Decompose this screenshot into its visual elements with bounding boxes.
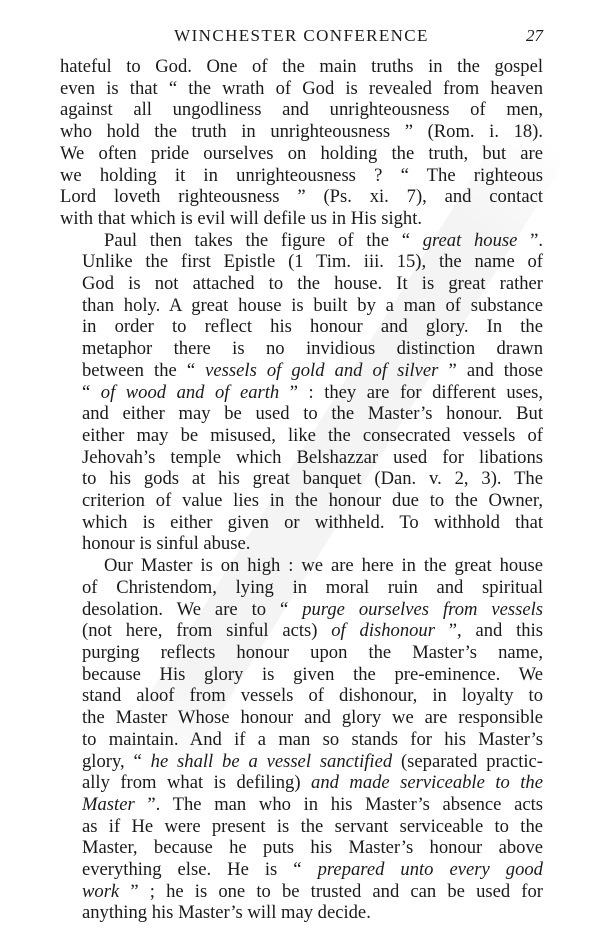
text-line: we holding it in unrighteousness ? “ The… (60, 165, 543, 187)
text-run: Lord loveth righteousness ” (Ps. xi. 7),… (60, 186, 543, 207)
text-line: stand aloof from vessels of dishonour, i… (60, 685, 543, 707)
page-header: WINCHESTER CONFERENCE 27 (60, 24, 543, 48)
italic-quote: work (82, 881, 119, 902)
text-run: to his gods at his great banquet (Dan. v… (82, 468, 543, 489)
italic-quote: vessels of gold and of silver (205, 360, 438, 381)
text-line: than holy. A great house is built by a m… (60, 295, 543, 317)
text-line: either may be misused, like the consecra… (60, 425, 543, 447)
text-line: Lord loveth righteousness ” (Ps. xi. 7),… (60, 186, 543, 208)
text-line: which is either given or withheld. To wi… (60, 512, 543, 534)
text-run: anything his Master’s will may decide. (82, 902, 371, 923)
italic-quote: great house (423, 230, 518, 251)
text-line: purging reflects honour upon the Master’… (60, 642, 543, 664)
text-run: glory, “ (82, 751, 151, 772)
text-line: Unlike the first Epistle (1 Tim. iii. 15… (60, 251, 543, 273)
paragraph: hateful to God. One of the main truths i… (60, 56, 543, 230)
text-line: to maintain. And if a man so stands for … (60, 729, 543, 751)
text-run: who hold the truth in unrighteousness ” … (60, 121, 543, 142)
text-run: either may be misused, like the consecra… (82, 425, 543, 446)
text-line: honour is sinful abuse. (60, 533, 543, 555)
text-run: ”. (517, 230, 543, 251)
text-line: “ of wood and of earth ” : they are for … (60, 382, 543, 404)
text-run: “ (82, 382, 101, 403)
text-line: between the “ vessels of gold and of sil… (60, 360, 543, 382)
text-line: God is not attached to the house. It is … (60, 273, 543, 295)
text-line: as if He were present is the servant ser… (60, 816, 543, 838)
text-line: desolation. We are to “ purge ourselves … (60, 599, 543, 621)
text-run: Unlike the first Epistle (1 Tim. iii. 15… (82, 251, 543, 272)
text-line: everything else. He is “ prepared unto e… (60, 859, 543, 881)
text-run: criterion of value lies in the honour du… (82, 490, 543, 511)
text-run: because His glory is given the pre-emine… (82, 664, 543, 685)
text-line: glory, “ he shall be a vessel sanctified… (60, 751, 543, 773)
body-text: hateful to God. One of the main truths i… (60, 56, 543, 924)
text-run: Master, because he puts his Master’s hon… (82, 837, 543, 858)
text-run: which is either given or withheld. To wi… (82, 512, 543, 533)
text-line: metaphor there is no invidious distincti… (60, 338, 543, 360)
text-run: ally from what is defiling) (82, 772, 311, 793)
text-run: hateful to God. One of the main truths i… (60, 56, 543, 77)
text-run: metaphor there is no invidious distincti… (82, 338, 543, 359)
italic-quote: of dishonour (331, 620, 435, 641)
text-run: Our Master is on high : we are here in t… (104, 555, 543, 576)
text-line: the Master Whose honour and glory we are… (60, 707, 543, 729)
text-run: Jehovah’s temple which Belshazzar used f… (82, 447, 543, 468)
text-run: stand aloof from vessels of dishonour, i… (82, 685, 543, 706)
text-line: Master, because he puts his Master’s hon… (60, 837, 543, 859)
running-title: WINCHESTER CONFERENCE (60, 26, 543, 46)
text-run: as if He were present is the servant ser… (82, 816, 543, 837)
text-run: Paul then takes the figure of the “ (104, 230, 423, 251)
italic-quote: Master (82, 794, 135, 815)
italic-quote: purge ourselves from vessels (302, 599, 543, 620)
text-line: Master ”. The man who in his Master’s ab… (60, 794, 543, 816)
text-line: and either may be used to the Master’s h… (60, 403, 543, 425)
text-line: even is that “ the wrath of God is revea… (60, 78, 543, 100)
text-run: in order to reflect his honour and glory… (82, 316, 543, 337)
text-run: ” : they are for different uses, (279, 382, 543, 403)
text-run: with that which is evil will defile us i… (60, 208, 422, 229)
text-line: in order to reflect his honour and glory… (60, 316, 543, 338)
italic-quote: he shall be a vessel sanctified (151, 751, 392, 772)
text-line: against all ungodliness and unrighteousn… (60, 99, 543, 121)
text-run: than holy. A great house is built by a m… (82, 295, 543, 316)
text-line: who hold the truth in unrighteousness ” … (60, 121, 543, 143)
text-run: ”, and this (435, 620, 543, 641)
text-run: purging reflects honour upon the Master’… (82, 642, 543, 663)
text-line: (not here, from sinful acts) of dishonou… (60, 620, 543, 642)
paragraph: Our Master is on high : we are here in t… (60, 555, 543, 924)
text-run: the Master Whose honour and glory we are… (82, 707, 543, 728)
text-line: criterion of value lies in the honour du… (60, 490, 543, 512)
text-run: even is that “ the wrath of God is revea… (60, 78, 543, 99)
text-line: Paul then takes the figure of the “ grea… (60, 230, 543, 252)
text-line: with that which is evil will defile us i… (60, 208, 543, 230)
text-run: honour is sinful abuse. (82, 533, 250, 554)
italic-quote: of wood and of earth (101, 382, 279, 403)
text-run: between the “ (82, 360, 205, 381)
text-run: We often pride ourselves on holding the … (60, 143, 543, 164)
text-line: Jehovah’s temple which Belshazzar used f… (60, 447, 543, 469)
text-run: against all ungodliness and unrighteousn… (60, 99, 543, 120)
text-line: of Christendom, lying in moral ruin and … (60, 577, 543, 599)
text-run: desolation. We are to “ (82, 599, 302, 620)
text-run: ”. The man who in his Master’s absence a… (135, 794, 543, 815)
text-run: (not here, from sinful acts) (82, 620, 331, 641)
text-line: Our Master is on high : we are here in t… (60, 555, 543, 577)
text-run: ” ; he is one to be trusted and can be u… (119, 881, 543, 902)
text-run: and either may be used to the Master’s h… (82, 403, 543, 424)
text-line: work ” ; he is one to be trusted and can… (60, 881, 543, 903)
text-run: we holding it in unrighteousness ? “ The… (60, 165, 543, 186)
text-run: of Christendom, lying in moral ruin and … (82, 577, 543, 598)
text-line: to his gods at his great banquet (Dan. v… (60, 468, 543, 490)
text-run: God is not attached to the house. It is … (82, 273, 543, 294)
paragraph: Paul then takes the figure of the “ grea… (60, 230, 543, 556)
text-run: (separated practic- (392, 751, 543, 772)
text-line: We often pride ourselves on holding the … (60, 143, 543, 165)
text-line: ally from what is defiling) and made ser… (60, 772, 543, 794)
text-run: to maintain. And if a man so stands for … (82, 729, 543, 750)
italic-quote: and made serviceable to the (311, 772, 543, 793)
text-line: hateful to God. One of the main truths i… (60, 56, 543, 78)
text-line: anything his Master’s will may decide. (60, 902, 543, 924)
text-run: everything else. He is “ (82, 859, 318, 880)
page-number: 27 (526, 26, 543, 46)
text-run: ” and those (438, 360, 543, 381)
text-line: because His glory is given the pre-emine… (60, 664, 543, 686)
italic-quote: prepared unto every good (318, 859, 543, 880)
